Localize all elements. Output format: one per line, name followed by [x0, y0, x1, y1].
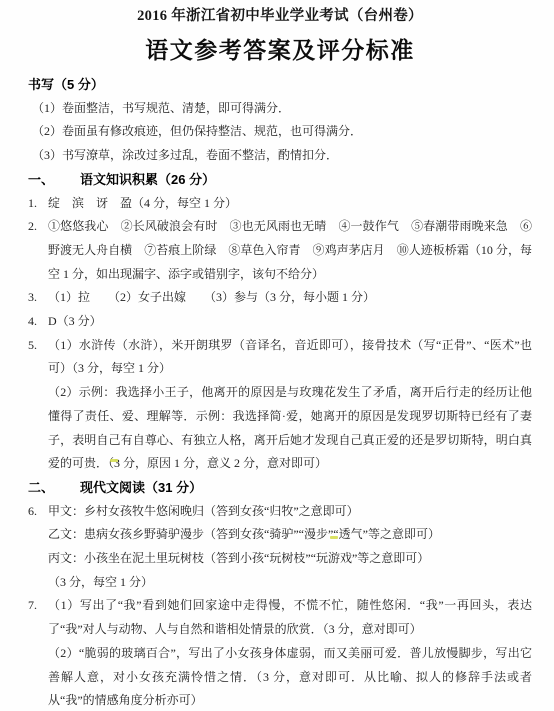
answer-item-2: 2. ①悠悠我心 ②长风破浪会有时 ③也无风雨也无晴 ④一鼓作气 ⑤春潮带雨晚来…	[28, 215, 532, 286]
highlight-artifact	[330, 536, 338, 539]
document-body: 书写（5 分） （1）卷面整洁，书写规范、清楚，即可得满分． （2）卷面虽有修改…	[28, 73, 532, 711]
answer-paragraph: （2）“脆弱的玻璃百合”，写出了小女孩身体虚弱，而又美丽可爱．普儿放慢脚步，写出…	[48, 642, 532, 711]
item-number: 3.	[28, 286, 48, 310]
answer-paragraph: 乙文：患病女孩乡野骑驴漫步（答到女孩“骑驴”“漫步”“透气”等之意即可）	[48, 523, 532, 547]
answer-paragraph: （1）写出了“我”看到她们回家途中走得慢，不慌不忙，随性悠闲．“我”一再回头，表…	[48, 594, 532, 641]
answer-item-4: 4. D（3 分）	[28, 310, 532, 334]
answer-item-3: 3. （1）拉 （2）女子出嫁 （3）参与（3 分，每小题 1 分）	[28, 286, 532, 310]
writing-rule-3: （3）书写潦草，涂改过多过乱，卷面不整洁，酌情扣分．	[28, 144, 532, 168]
page-title: 语文参考答案及评分标准	[28, 35, 532, 65]
writing-section-heading: 书写（5 分）	[28, 73, 532, 97]
answer-item-5: 5. （1）水浒传（水浒），米开朗琪罗（音译名，音近即可），接骨技术（写“正骨”…	[28, 334, 532, 476]
answer-paragraph: 绽 滨 讶 盈（4 分，每空 1 分）	[48, 192, 532, 216]
section2-title: 现代文阅读（31 分）	[80, 476, 202, 500]
section1-number: 一、	[28, 168, 80, 192]
section2-heading: 二、 现代文阅读（31 分）	[28, 476, 532, 500]
answer-paragraph: （2）示例：我选择小王子，他离开的原因是与玫瑰花发生了矛盾，离开后行走的经历让他…	[48, 381, 532, 476]
section1-heading: 一、 语文知识积累（26 分）	[28, 168, 532, 192]
item-number: 2.	[28, 215, 48, 286]
answer-paragraph: （1）水浒传（水浒），米开朗琪罗（音译名，音近即可），接骨技术（写“正骨”、“医…	[48, 334, 532, 381]
answer-item-6: 6. 甲文：乡村女孩牧牛悠闲晚归（答到女孩“归牧”之意即可） 乙文：患病女孩乡野…	[28, 500, 532, 595]
item-number: 6.	[28, 500, 48, 595]
answer-paragraph: （1）拉 （2）女子出嫁 （3）参与（3 分，每小题 1 分）	[48, 286, 532, 310]
highlight-artifact	[110, 459, 118, 462]
answer-paragraph: 丙文：小孩坐在泥土里玩树枝（答到小孩“玩树枝”“玩游戏”等之意即可）	[48, 547, 532, 571]
writing-rule-1: （1）卷面整洁，书写规范、清楚，即可得满分．	[28, 97, 532, 121]
item-number: 1.	[28, 192, 48, 216]
item-number: 7.	[28, 594, 48, 711]
exam-title: 2016 年浙江省初中毕业学业考试（台州卷）	[28, 6, 532, 26]
writing-rule-2: （2）卷面虽有修改痕迹，但仍保持整洁、规范，也可得满分．	[28, 120, 532, 144]
item-number: 4.	[28, 310, 48, 334]
answer-paragraph: ①悠悠我心 ②长风破浪会有时 ③也无风雨也无晴 ④一鼓作气 ⑤春潮带雨晚来急 ⑥…	[48, 215, 532, 286]
section2-number: 二、	[28, 476, 80, 500]
item-number: 5.	[28, 334, 48, 476]
answer-item-7: 7. （1）写出了“我”看到她们回家途中走得慢，不慌不忙，随性悠闲．“我”一再回…	[28, 594, 532, 711]
section1-title: 语文知识积累（26 分）	[80, 168, 215, 192]
document-page: 2016 年浙江省初中毕业学业考试（台州卷） 语文参考答案及评分标准 书写（5 …	[0, 0, 554, 711]
answer-paragraph: D（3 分）	[48, 310, 532, 334]
answer-paragraph: 甲文：乡村女孩牧牛悠闲晚归（答到女孩“归牧”之意即可）	[48, 500, 532, 524]
answer-paragraph: （3 分，每空 1 分）	[48, 571, 532, 595]
answer-item-1: 1. 绽 滨 讶 盈（4 分，每空 1 分）	[28, 192, 532, 216]
